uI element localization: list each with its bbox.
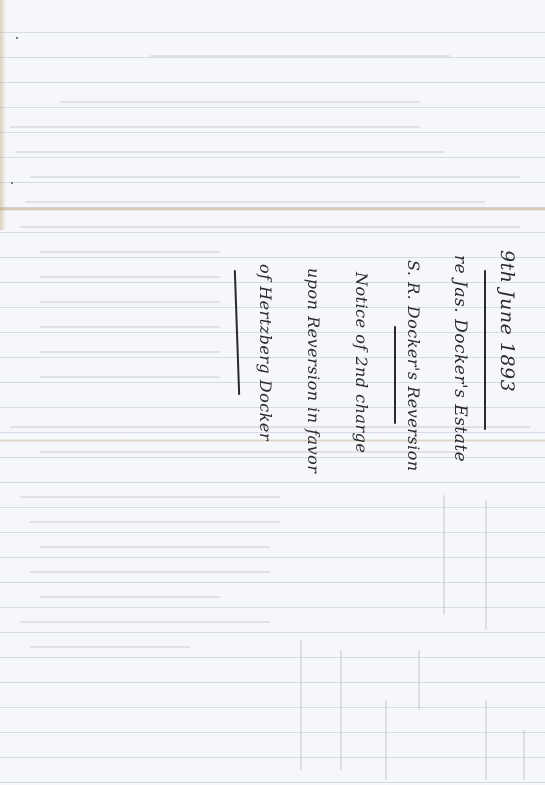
fold-line-upper (0, 207, 545, 211)
ink-speck (11, 182, 13, 184)
docket-favor-of: of Hertzberg Docker (256, 264, 275, 441)
docket-reversion: S. R. Docker's Reversion (404, 260, 423, 472)
closing-underline (234, 270, 240, 395)
docket-date: 9th June 1893 (496, 250, 518, 392)
docket-notice: Notice of 2nd charge (352, 272, 371, 453)
docket-estate: re Jas. Docker's Estate (450, 255, 470, 462)
reversion-underline (394, 326, 396, 424)
document-page: 9th June 1893 re Jas. Docker's Estate S.… (0, 0, 545, 785)
docket-upon: upon Reversion in favor (304, 268, 323, 473)
ink-speck (16, 37, 18, 39)
docket-endorsement: 9th June 1893 re Jas. Docker's Estate S.… (218, 250, 538, 435)
date-underline (484, 270, 486, 430)
edge-stain (0, 0, 6, 230)
